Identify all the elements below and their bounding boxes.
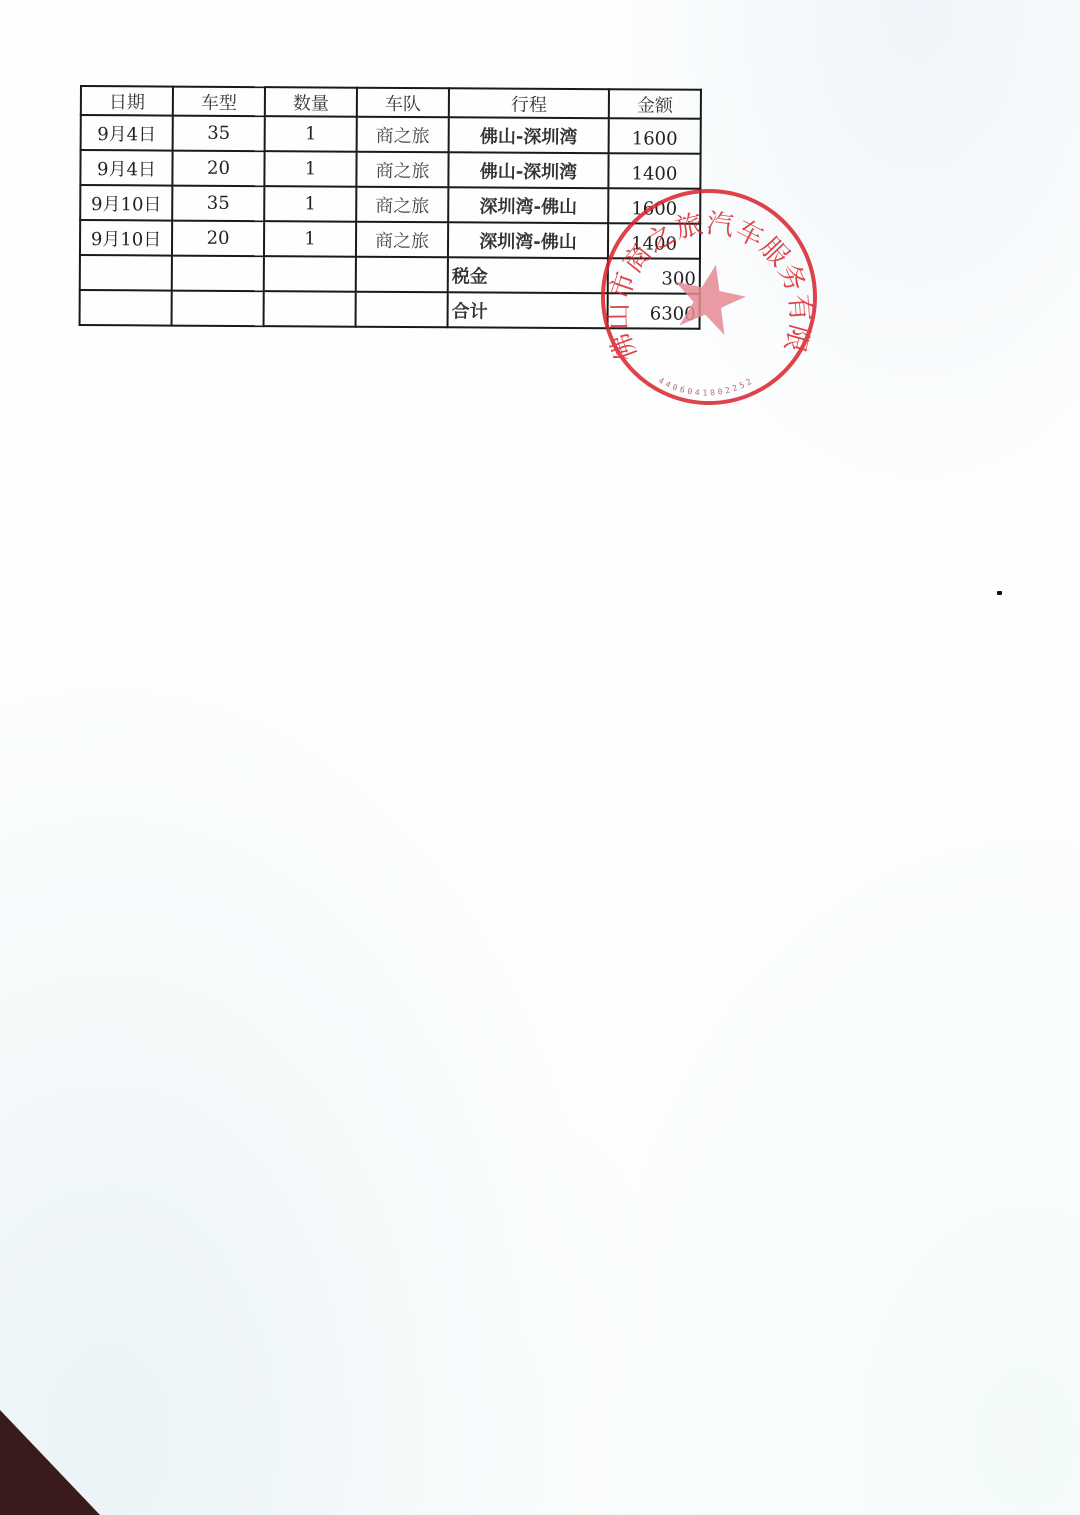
- cell-date: 9月4日: [81, 115, 173, 151]
- cell-route: 深圳湾-佛山: [448, 222, 608, 258]
- cell-fleet: 商之旅: [356, 152, 448, 188]
- table-row: 9月4日 35 1 商之旅 佛山-深圳湾 1600: [81, 115, 701, 154]
- empty-cell: [264, 291, 356, 327]
- scan-speck: [997, 591, 1002, 595]
- header-route: 行程: [449, 88, 609, 118]
- cell-fleet: 商之旅: [356, 187, 448, 223]
- header-date: 日期: [81, 86, 173, 116]
- total-row: 合计 6300: [80, 290, 700, 329]
- tax-label: 税金: [448, 257, 608, 293]
- cell-vehicle-type: 35: [173, 116, 265, 152]
- cell-date: 9月10日: [80, 185, 172, 221]
- header-fleet: 车队: [357, 88, 449, 118]
- scan-background-corner: [0, 1410, 100, 1515]
- cell-vehicle-type: 20: [172, 151, 264, 187]
- tax-row: 税金 300: [80, 255, 700, 294]
- cell-route: 佛山-深圳湾: [448, 152, 608, 188]
- table-row: 9月10日 20 1 商之旅 深圳湾-佛山 1400: [80, 220, 700, 259]
- table-header-row: 日期 车型 数量 车队 行程 金额: [81, 86, 701, 119]
- cell-fleet: 商之旅: [357, 117, 449, 153]
- seal-number: 4406041002252: [657, 376, 756, 398]
- cell-quantity: 1: [264, 151, 356, 187]
- cell-amount: 1600: [609, 118, 701, 154]
- cell-vehicle-type: 35: [172, 186, 264, 222]
- empty-cell: [80, 290, 172, 326]
- header-quantity: 数量: [265, 87, 357, 117]
- cell-amount: 1600: [608, 188, 700, 224]
- cell-quantity: 1: [264, 221, 356, 257]
- empty-cell: [172, 256, 264, 292]
- empty-cell: [80, 255, 172, 291]
- empty-cell: [356, 257, 448, 293]
- cell-fleet: 商之旅: [356, 222, 448, 258]
- empty-cell: [172, 291, 264, 327]
- header-vehicle-type: 车型: [173, 87, 265, 117]
- cell-date: 9月4日: [80, 150, 172, 186]
- cell-amount: 1400: [608, 153, 700, 189]
- cell-route: 深圳湾-佛山: [448, 187, 608, 223]
- cell-amount: 1400: [608, 223, 700, 259]
- svg-text:4406041002252: 4406041002252: [657, 376, 756, 398]
- empty-cell: [264, 256, 356, 292]
- total-label: 合计: [448, 292, 608, 328]
- total-amount: 6300: [608, 293, 700, 329]
- table-row: 9月10日 35 1 商之旅 深圳湾-佛山 1600: [80, 185, 700, 224]
- cell-route: 佛山-深圳湾: [449, 117, 609, 153]
- cell-quantity: 1: [264, 186, 356, 222]
- cell-date: 9月10日: [80, 220, 172, 256]
- tax-amount: 300: [608, 258, 700, 294]
- empty-cell: [356, 292, 448, 328]
- cell-quantity: 1: [265, 116, 357, 152]
- table-row: 9月4日 20 1 商之旅 佛山-深圳湾 1400: [80, 150, 700, 189]
- header-amount: 金额: [609, 89, 701, 119]
- charter-fee-table: 日期 车型 数量 车队 行程 金额 9月4日 35 1 商之旅 佛山-深圳湾 1…: [79, 85, 702, 330]
- cell-vehicle-type: 20: [172, 221, 264, 257]
